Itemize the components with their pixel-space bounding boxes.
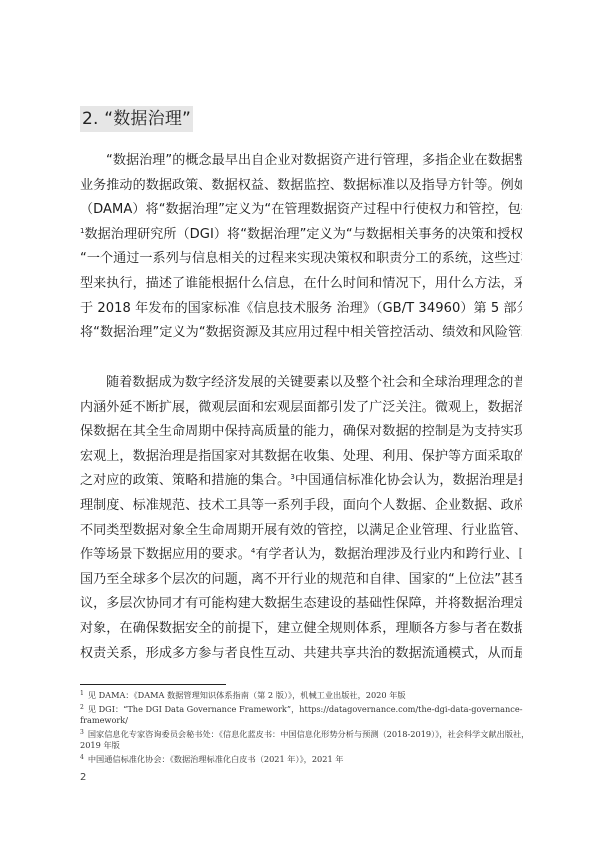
footnote-number: 4	[80, 754, 84, 761]
text-line-with-ref: 作等场景下数据应用的要求。4有学者认为，数据治理涉及行业内和跨行业、区域内和跨区…	[80, 543, 522, 568]
footnote-2: 2见 DGI：“The DGI Data Governance Framewor…	[80, 702, 530, 727]
text-line: 国乃至全球多个层次的问题，离不开行业的规范和自律、国家的“上位法”甚至国家间的约…	[80, 568, 522, 593]
text-segment: 作等场景下数据应用的要求。	[80, 547, 251, 562]
text-segment: 型来执行，描述了谁能根据什么信息，在什么时间和情况下，用什么方法，采取什么行动”…	[80, 276, 522, 291]
footnote-3: 3国家信息化专家咨询委员会秘书处：《信息化蓝皮书：中国信息化形势分析与预测（20…	[80, 727, 530, 752]
footnotes: 1见 DAMA：《DAMA 数据管理知识体系指南（第 2 版）》，机械工业出版社…	[80, 688, 530, 766]
text-line: 将“数据治理”定义为“数据资源及其应用过程中相关管控活动、绩效和风险管理的集合”…	[80, 321, 522, 346]
text-line-with-ref: 型来执行，描述了谁能根据什么信息，在什么时间和情况下，用什么方法，采取什么行动”…	[80, 272, 522, 297]
text-line: 不同类型数据对象全生命周期开展有效的管控，以满足企业管理、行业监管、国家治理、国…	[80, 519, 522, 544]
footnote-number: 1	[80, 690, 84, 697]
text-line: 业务推动的数据政策、数据权益、数据监控、数据标准以及指导方针等。例如国际数据管理…	[80, 174, 522, 199]
text-segment: 数据治理研究所（DGI）将“数据治理”定义为“与数据相关事务的决策和授权实践”，…	[85, 227, 522, 242]
text-line: 保数据在其全生命周期中保持高质量的能力，确保对数据的控制是为支持实现商业目标而开…	[80, 420, 522, 445]
text-line: “一个通过一系列与信息相关的过程来实现决策权和职责分工的系统，这些过程按照达成共…	[80, 247, 522, 272]
document-page: 2. “数据治理” “数据治理”的概念最早出自企业对数据资产进行管理，多指企业在…	[0, 0, 600, 848]
footnote-1: 1见 DAMA：《DAMA 数据管理知识体系指南（第 2 版）》，机械工业出版社…	[80, 688, 530, 702]
footnote-text: 国家信息化专家咨询委员会秘书处：《信息化蓝皮书：中国信息化形势分析与预测（201…	[80, 729, 529, 751]
text-line: 宏观上，数据治理是指国家对其数据在收集、处理、利用、保护等方面采取的立场、主张以…	[80, 445, 522, 470]
footnote-text: 中国通信标准化协会：《数据治理标准化白皮书（2021 年）》，2021 年	[88, 754, 344, 764]
text-line: 对象，在确保数据安全的前提下，建立健全规则体系，理顺各方参与者在数据流通的各个环…	[80, 617, 522, 642]
text-line: 权责关系，形成多方参与者良性互动、共建共享共治的数据流通模式，从而最大限度地释放…	[80, 642, 522, 667]
paragraph-2: 随着数据成为数字经济发展的关键要素以及整个社会和全球治理理念的普及，“数据治理”…	[80, 371, 522, 666]
footnote-number: 3	[80, 729, 84, 736]
footnote-divider	[80, 684, 226, 685]
footnote-4: 4中国通信标准化协会：《数据治理标准化白皮书（2021 年）》，2021 年	[80, 752, 530, 766]
paragraph-1: “数据治理”的概念最早出自企业对数据资产进行管理，多指企业在数据整个生命周期制定…	[80, 149, 522, 346]
footnote-text: 见 DGI：“The DGI Data Governance Framework…	[80, 704, 522, 726]
text-line-with-ref: 1数据治理研究所（DGI）将“数据治理”定义为“与数据相关事务的决策和授权实践”…	[80, 223, 522, 248]
text-segment: 有学者认为，数据治理涉及行业内和跨行业、区域内和跨区域、全	[255, 547, 522, 562]
text-line: “数据治理”的概念最早出自企业对数据资产进行管理，多指企业在数据整个生命周期制定…	[80, 149, 522, 174]
text-line: 内涵外延不断扩展，微观层面和宏观层面都引发了广泛关注。微观上，数据治理是指组织能…	[80, 396, 522, 421]
text-line-with-ref: 之对应的政策、策略和措施的集合。3中国通信标准化协会认为，数据治理是指通过法律法…	[80, 469, 522, 494]
text-line: （DAMA）将“数据治理”定义为“在管理数据资产过程中行使权力和管控，包括计划、…	[80, 198, 522, 223]
text-line: 理制度、标准规范、技术工具等一系列手段，面向个人数据、企业数据、政府数据、公共数…	[80, 494, 522, 519]
page-number: 2	[80, 772, 86, 783]
text-line: 于 2018 年发布的国家标准《信息技术服务 治理》（GB/T 34960）第 …	[80, 297, 522, 322]
footnote-number: 2	[80, 704, 84, 711]
text-line: 议，多层次协同才有可能构建大数据生态建设的基础性保障，并将数据治理定义为，以“数…	[80, 592, 522, 617]
text-line: 随着数据成为数字经济发展的关键要素以及整个社会和全球治理理念的普及，“数据治理”…	[80, 371, 522, 396]
section-heading: 2. “数据治理”	[80, 106, 193, 132]
text-segment: 中国通信标准化协会认为，数据治理是指通过法律法规、管	[295, 473, 522, 488]
footnote-text: 见 DAMA：《DAMA 数据管理知识体系指南（第 2 版）》，机械工业出版社，…	[88, 690, 406, 700]
text-segment: 之对应的政策、策略和措施的集合。	[80, 473, 290, 488]
